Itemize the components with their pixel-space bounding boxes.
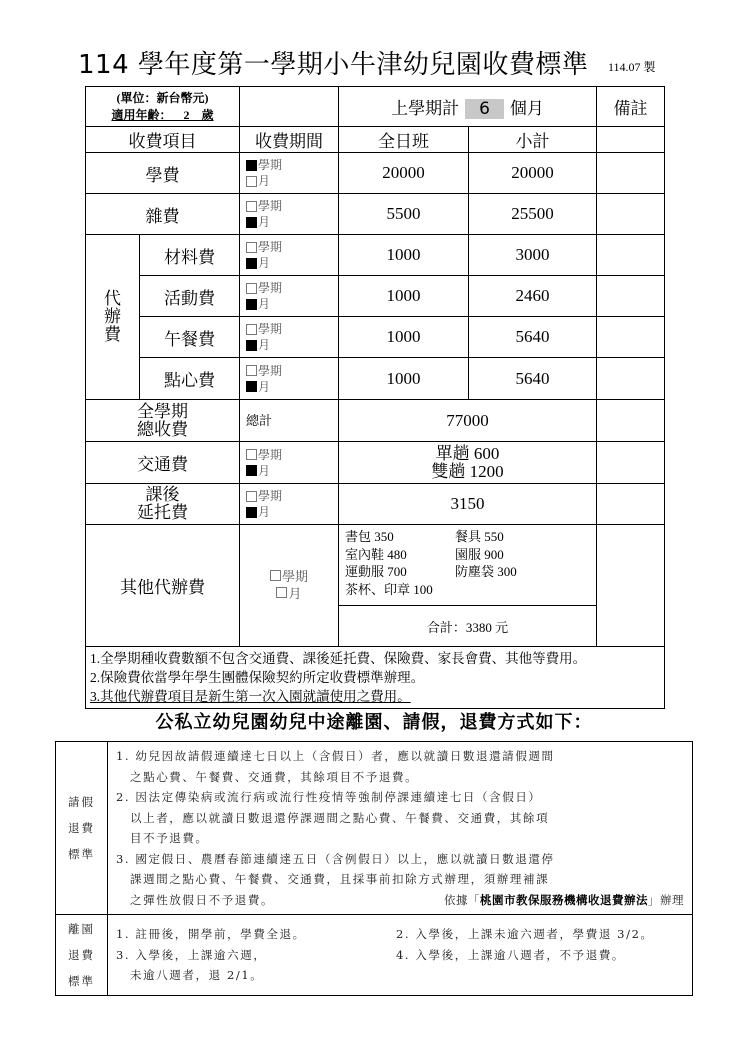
full-day-value: 1000	[339, 358, 469, 400]
checkbox-semester[interactable]	[246, 491, 257, 502]
withdrawal-refund-row: 離園 退費 標準 1. 註冊後，開學前，學費全退。 2. 入學後，上課未逾六週者…	[56, 915, 693, 996]
table-row: 其他代辦費 學期 月 書包 350餐具 550 室內鞋 480園服 900 運動…	[86, 525, 665, 606]
table-row: 午餐費 學期 月 1000 5640	[86, 317, 665, 358]
blank-header-cell	[240, 87, 339, 127]
remarks-header: 備註	[597, 87, 665, 127]
round-trip-fee: 雙趟 1200	[339, 463, 596, 481]
full-day-value: 1000	[339, 235, 469, 276]
notes: 1.全學期種收費數額不包含交通費、課後延托費、保險費、家長會費、其他等費用。 2…	[86, 647, 665, 709]
fee-table: (單位：新台幣元) 適用年齡： 2 歲 上學期計6個月 備註 收費項目 收費期間…	[85, 86, 665, 709]
one-way-fee: 單趟 600	[339, 445, 596, 463]
subtotal-value: 5640	[469, 358, 597, 400]
note-2: 2.保險費依當學年學生團體保險契約所定收費標準辦理。	[90, 668, 660, 687]
semester-months-cell: 上學期計6個月	[339, 87, 597, 127]
age-value: 2	[172, 108, 202, 122]
remarks-cell	[597, 194, 665, 235]
transport-fees: 單趟 600 雙趟 1200	[339, 442, 597, 484]
period-checkboxes: 學期 月	[240, 442, 339, 484]
remarks-cell	[597, 400, 665, 442]
unit-age-cell: (單位：新台幣元) 適用年齡： 2 歲	[86, 87, 240, 127]
item-semester-total: 全學期 總收費	[86, 400, 240, 442]
note-3: 3.其他代辦費項目是新生第一次入園就讀使用之費用。	[90, 687, 660, 706]
checkbox-month-checked[interactable]	[246, 465, 257, 476]
regulation-basis: 依據「桃園市教保服務機構收退費辦法」辦理	[444, 890, 684, 911]
checkbox-semester-checked[interactable]	[246, 160, 257, 171]
checkbox-month[interactable]	[246, 176, 257, 187]
period-checkboxes: 學期 月	[240, 525, 339, 647]
table-row: 學費 學期 月 20000 20000	[86, 153, 665, 194]
item-misc-fee: 雜費	[86, 194, 240, 235]
total-label: 總計	[240, 400, 339, 442]
col-header-period: 收費期間	[240, 127, 339, 153]
col-header-subtotal: 小計	[469, 127, 597, 153]
checkbox-month-checked[interactable]	[246, 340, 257, 351]
period-checkboxes: 學期 月	[240, 235, 339, 276]
period-checkboxes: 學期 月	[240, 194, 339, 235]
withdrawal-refund-label: 離園 退費 標準	[56, 915, 108, 996]
remarks-cell	[597, 276, 665, 317]
age-label: 適用年齡：	[111, 108, 171, 122]
item-lunch: 午餐費	[140, 317, 240, 358]
subtotal-value: 2460	[469, 276, 597, 317]
full-day-value: 1000	[339, 317, 469, 358]
period-checkboxes: 學期 月	[240, 358, 339, 400]
item-other-agency: 其他代辦費	[86, 525, 240, 647]
table-row: 課後 延托費 學期 月 3150	[86, 484, 665, 525]
refund-heading: 公私立幼兒園幼兒中途離園、請假，退費方式如下：	[0, 708, 748, 734]
remarks-cell	[597, 153, 665, 194]
checkbox-month-checked[interactable]	[246, 258, 257, 269]
remarks-cell	[597, 358, 665, 400]
table-row: 活動費 學期 月 1000 2460	[86, 276, 665, 317]
leave-refund-label: 請假 退費 標準	[56, 742, 108, 915]
semester-prefix: 上學期計	[391, 99, 459, 119]
period-checkboxes: 學期 月	[240, 317, 339, 358]
table-row: 雜費 學期 月 5500 25500	[86, 194, 665, 235]
item-tuition: 學費	[86, 153, 240, 194]
checkbox-semester[interactable]	[246, 201, 257, 212]
period-checkboxes: 學期 月	[240, 484, 339, 525]
subtotal-value: 3000	[469, 235, 597, 276]
checkbox-month-checked[interactable]	[246, 507, 257, 518]
other-items-list: 書包 350餐具 550 室內鞋 480園服 900 運動服 700防塵袋 30…	[339, 525, 597, 606]
col-header-item: 收費項目	[86, 127, 240, 153]
table-row: 代 辦 費 材料費 學期 月 1000 3000	[86, 235, 665, 276]
item-activity: 活動費	[140, 276, 240, 317]
semester-suffix: 個月	[510, 99, 544, 119]
withdrawal-refund-rules: 1. 註冊後，開學前，學費全退。 2. 入學後，上課未逾六週者，學費退 3/2。…	[108, 915, 693, 996]
made-date: 114.07 製	[608, 58, 656, 75]
checkbox-month[interactable]	[276, 587, 287, 598]
checkbox-semester[interactable]	[246, 449, 257, 460]
checkbox-month-checked[interactable]	[246, 217, 257, 228]
refund-table: 請假 退費 標準 1. 幼兒因故請假連續達七日以上（含假日）者，應以就讀日數退還…	[55, 741, 693, 996]
table-row: 點心費 學期 月 1000 5640	[86, 358, 665, 400]
agency-group-label: 代 辦 費	[86, 235, 140, 400]
remarks-cell	[597, 317, 665, 358]
checkbox-semester[interactable]	[246, 242, 257, 253]
period-checkboxes: 學期 月	[240, 153, 339, 194]
full-day-value: 5500	[339, 194, 469, 235]
full-day-value: 20000	[339, 153, 469, 194]
unit-label: (單位：新台幣元)	[86, 90, 239, 107]
other-items-total: 合計：3380 元	[339, 606, 597, 647]
remarks-cell	[597, 484, 665, 525]
remarks-cell	[597, 235, 665, 276]
table-row: 交通費 學期 月 單趟 600 雙趟 1200	[86, 442, 665, 484]
subtotal-value: 20000	[469, 153, 597, 194]
page-title: 114 學年度第一學期小牛津幼兒園收費標準	[78, 44, 588, 81]
period-checkboxes: 學期 月	[240, 276, 339, 317]
subtotal-value: 25500	[469, 194, 597, 235]
semester-total-value: 77000	[339, 400, 597, 442]
checkbox-semester[interactable]	[246, 324, 257, 335]
note-1: 1.全學期種收費數額不包含交通費、課後延托費、保險費、家長會費、其他等費用。	[90, 649, 660, 668]
semester-months-value: 6	[465, 99, 504, 119]
table-row: 全學期 總收費 總計 77000	[86, 400, 665, 442]
subtotal-value: 5640	[469, 317, 597, 358]
checkbox-semester[interactable]	[246, 365, 257, 376]
item-transport: 交通費	[86, 442, 240, 484]
checkbox-month-checked[interactable]	[246, 299, 257, 310]
remarks-cell	[597, 127, 665, 153]
col-header-full-day: 全日班	[339, 127, 469, 153]
item-snack: 點心費	[140, 358, 240, 400]
checkbox-month-checked[interactable]	[246, 381, 257, 392]
age-suffix: 歲	[202, 108, 214, 122]
afterschool-value: 3150	[339, 484, 597, 525]
leave-refund-row: 請假 退費 標準 1. 幼兒因故請假連續達七日以上（含假日）者，應以就讀日數退還…	[56, 742, 693, 915]
remarks-cell	[597, 442, 665, 484]
remarks-cell	[597, 525, 665, 647]
checkbox-semester[interactable]	[246, 283, 257, 294]
checkbox-semester[interactable]	[270, 570, 281, 581]
item-materials: 材料費	[140, 235, 240, 276]
leave-refund-rules: 1. 幼兒因故請假連續達七日以上（含假日）者，應以就讀日數退還請假週間 之點心費…	[108, 742, 693, 915]
item-afterschool: 課後 延托費	[86, 484, 240, 525]
full-day-value: 1000	[339, 276, 469, 317]
